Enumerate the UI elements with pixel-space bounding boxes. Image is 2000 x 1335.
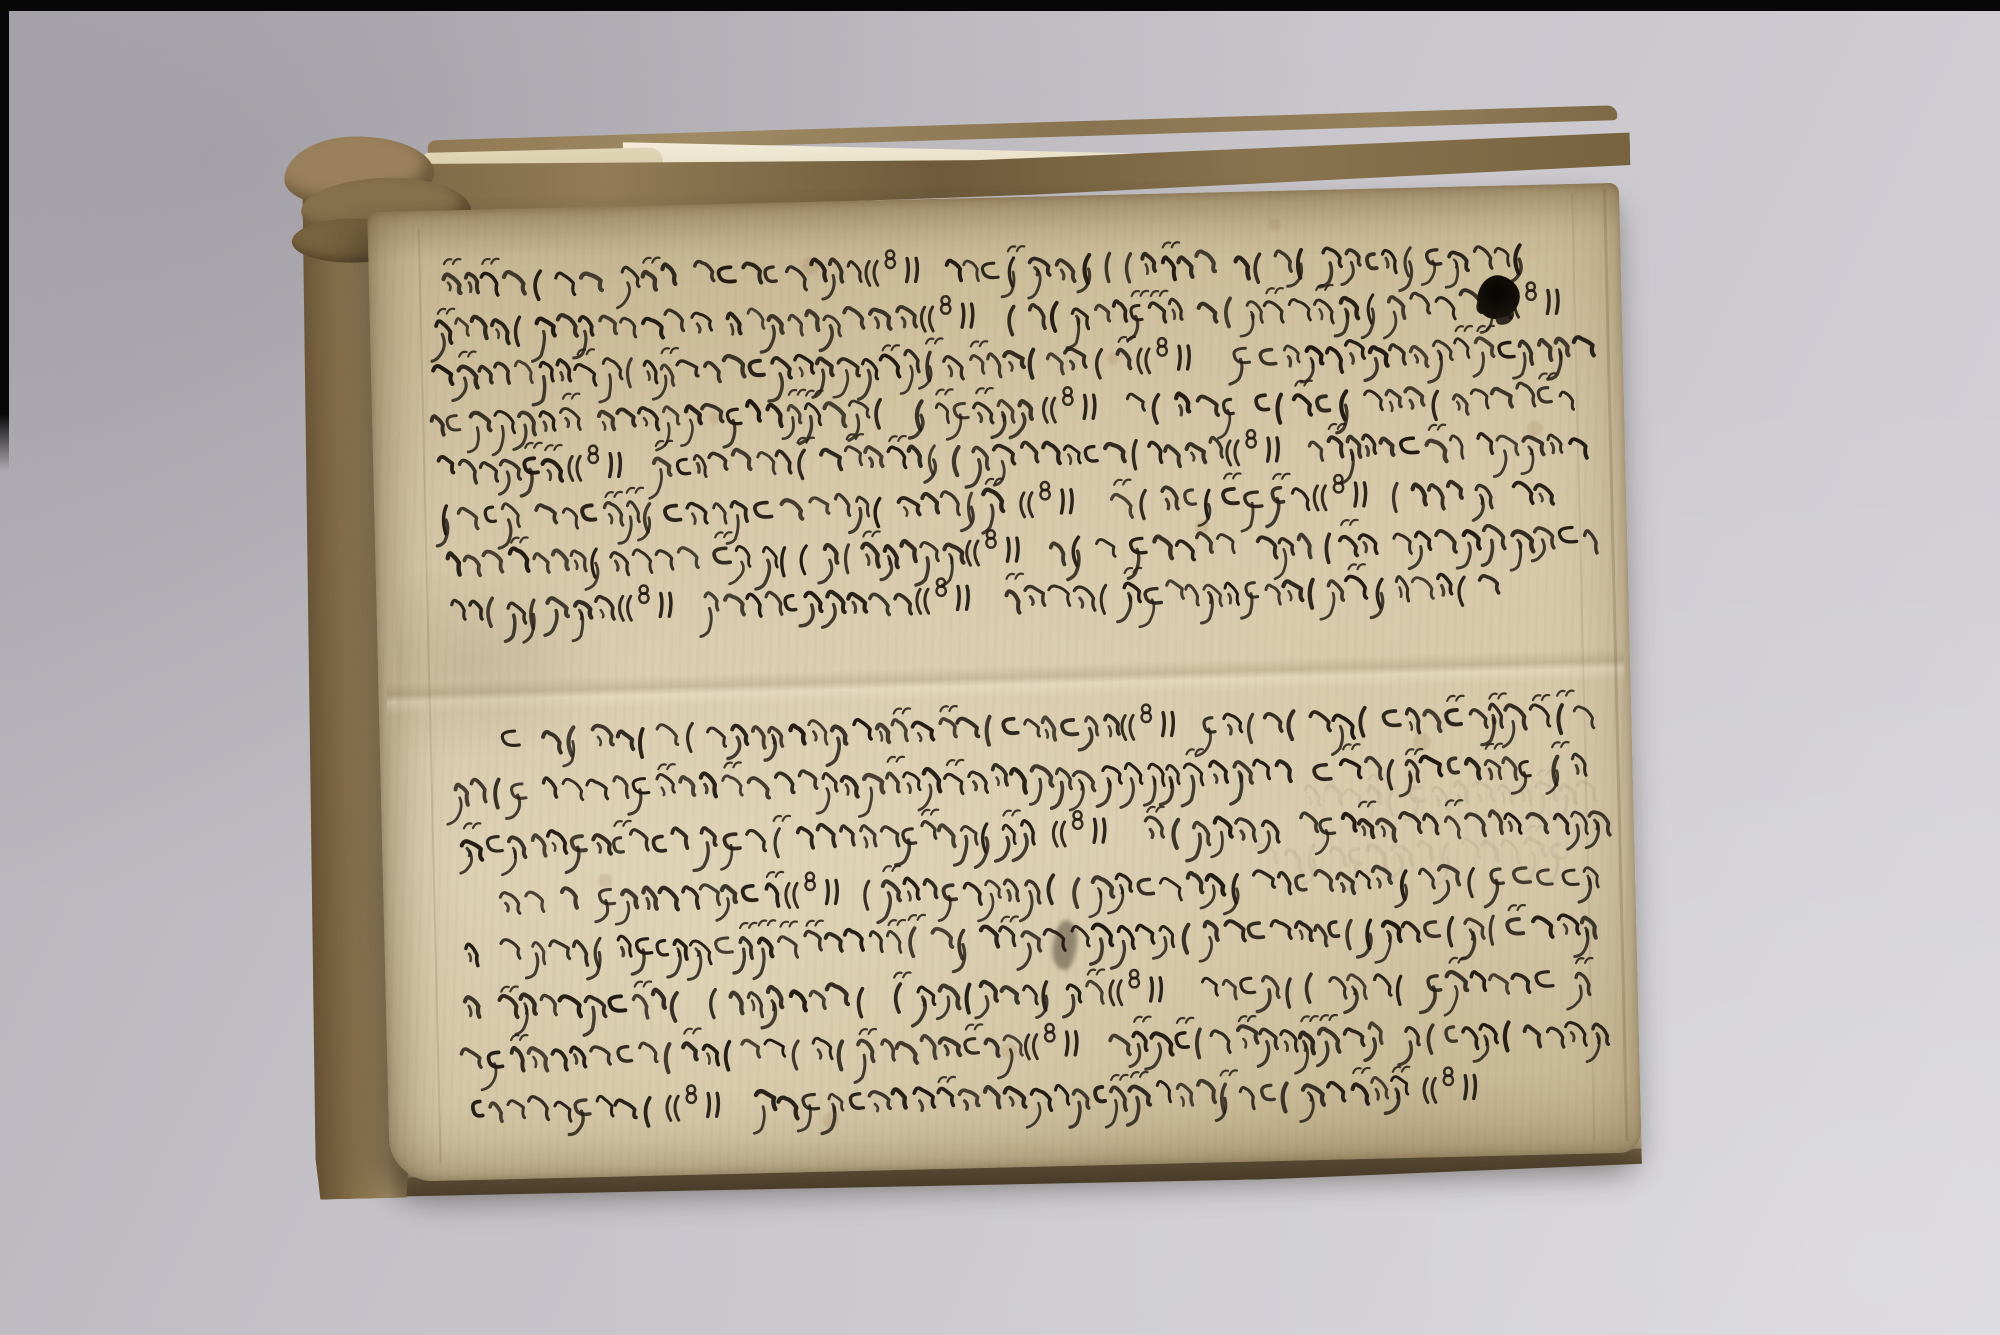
photo-border-left <box>0 0 9 470</box>
photo-border-top <box>0 0 2000 11</box>
paper-wrinkle-shade <box>393 550 628 775</box>
photo-canvas: { "meta": { "description": "Photograph o… <box>0 0 2000 1335</box>
manuscript-book <box>287 96 1669 1230</box>
